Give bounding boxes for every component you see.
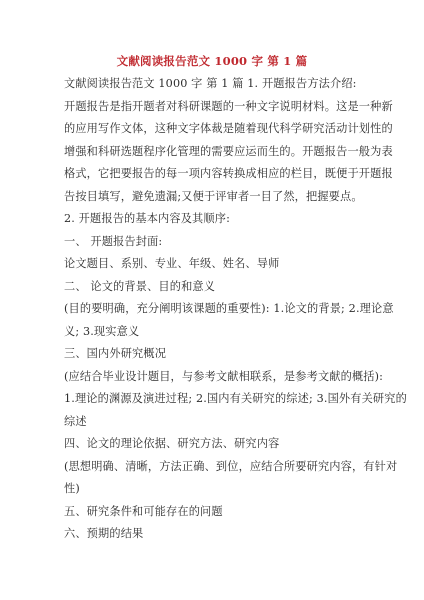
paragraph-line: 文献阅读报告范文 1000 字 第 1 篇 1. 开题报告方法介绍:	[64, 73, 354, 96]
section-heading: 四、论文的理论依据、研究方法、研究内容	[64, 433, 354, 456]
section-heading: 五、研究条件和可能存在的问题	[64, 501, 354, 524]
document-page: 文献阅读报告范文 1000 字 第 1 篇 文献阅读报告范文 1000 字 第 …	[0, 0, 424, 600]
section-heading: 一、 开题报告封面:	[64, 231, 354, 254]
paragraph-line: 增强和科研选题程序化管理的需要应运而生的。开题报告一般为表	[64, 141, 354, 164]
paragraph-line: 开题报告是指开题者对科研课题的一种文字说明材料。这是一种新	[64, 96, 354, 119]
paragraph-line: (目的要明确，充分阐明该课题的重要性): 1.论文的背景; 2.理论意	[64, 298, 354, 321]
paragraph-line: 格式，它把要报告的每一项内容转换成相应的栏目，既便于开题报	[64, 163, 354, 186]
section-heading: 二、 论文的背景、目的和意义	[64, 276, 354, 299]
document-title: 文献阅读报告范文 1000 字 第 1 篇	[0, 53, 424, 69]
paragraph-line: 义; 3.现实意义	[64, 321, 354, 344]
paragraph-line: (思想明确、清晰，方法正确、到位，应结合所要研究内容，有针对	[64, 456, 354, 479]
paragraph-line: (应结合毕业设计题目，与参考文献相联系，是参考文献的概括):	[64, 366, 354, 389]
section-heading: 2. 开题报告的基本内容及其顺序:	[64, 208, 354, 231]
paragraph-line: 1.理论的渊源及演进过程; 2.国内有关研究的综述; 3.国外有关研究的	[64, 388, 354, 411]
paragraph-line: 综述	[64, 411, 354, 434]
section-heading: 六、预期的结果	[64, 523, 354, 546]
section-heading: 三、国内外研究概况	[64, 343, 354, 366]
document-body: 文献阅读报告范文 1000 字 第 1 篇 1. 开题报告方法介绍: 开题报告是…	[64, 73, 354, 546]
paragraph-line: 的应用写作文体，这种文字体裁是随着现代科学研究活动计划性的	[64, 118, 354, 141]
paragraph-line: 论文题目、系别、专业、年级、姓名、导师	[64, 253, 354, 276]
paragraph-line: 性)	[64, 478, 354, 501]
paragraph-line: 告按目填写，避免遗漏;又便于评审者一目了然，把握要点。	[64, 186, 354, 209]
